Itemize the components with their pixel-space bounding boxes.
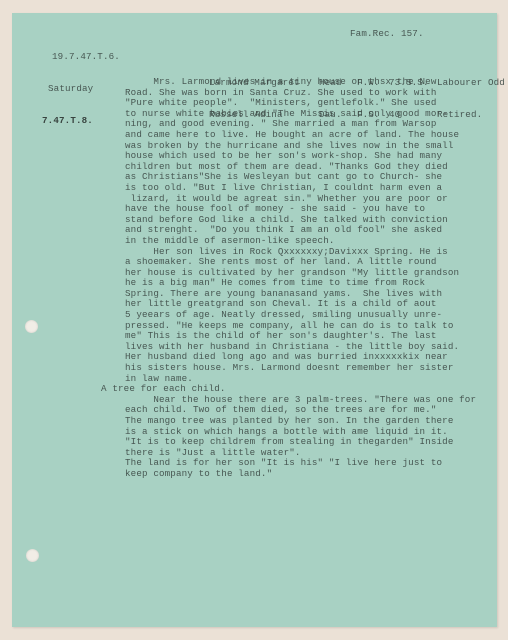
text-line: in the middle of asermon-like speech. (125, 236, 476, 247)
weekday-line: Saturday (48, 84, 120, 95)
typewritten-page: 19.7.47.T.6. Saturday 7.47.T.8. Fam.Rec.… (12, 13, 497, 627)
family-record-number: Fam.Rec. 157. (350, 29, 424, 40)
text-line: and came here to live. He bought an acre… (125, 130, 476, 141)
text-line: keep company to the land." (125, 469, 476, 480)
body-text: Mrs. Larmond lives in a tiny house on th… (125, 77, 476, 480)
text-line: is too old. "But I live Christian, I cou… (125, 183, 476, 194)
date-header: 19.7.47.T.6. Saturday 7.47.T.8. (52, 31, 120, 148)
text-line: The mango tree was planted by her son. I… (125, 416, 476, 427)
punch-hole-bottom (26, 549, 39, 562)
punch-hole-top (25, 320, 38, 333)
text-line: Mrs. Larmond lives in a tiny house on th… (125, 77, 476, 88)
struck-date-line: 7.47.T.8. (42, 116, 120, 127)
date-line: 19.7.47.T.6. (52, 52, 120, 63)
